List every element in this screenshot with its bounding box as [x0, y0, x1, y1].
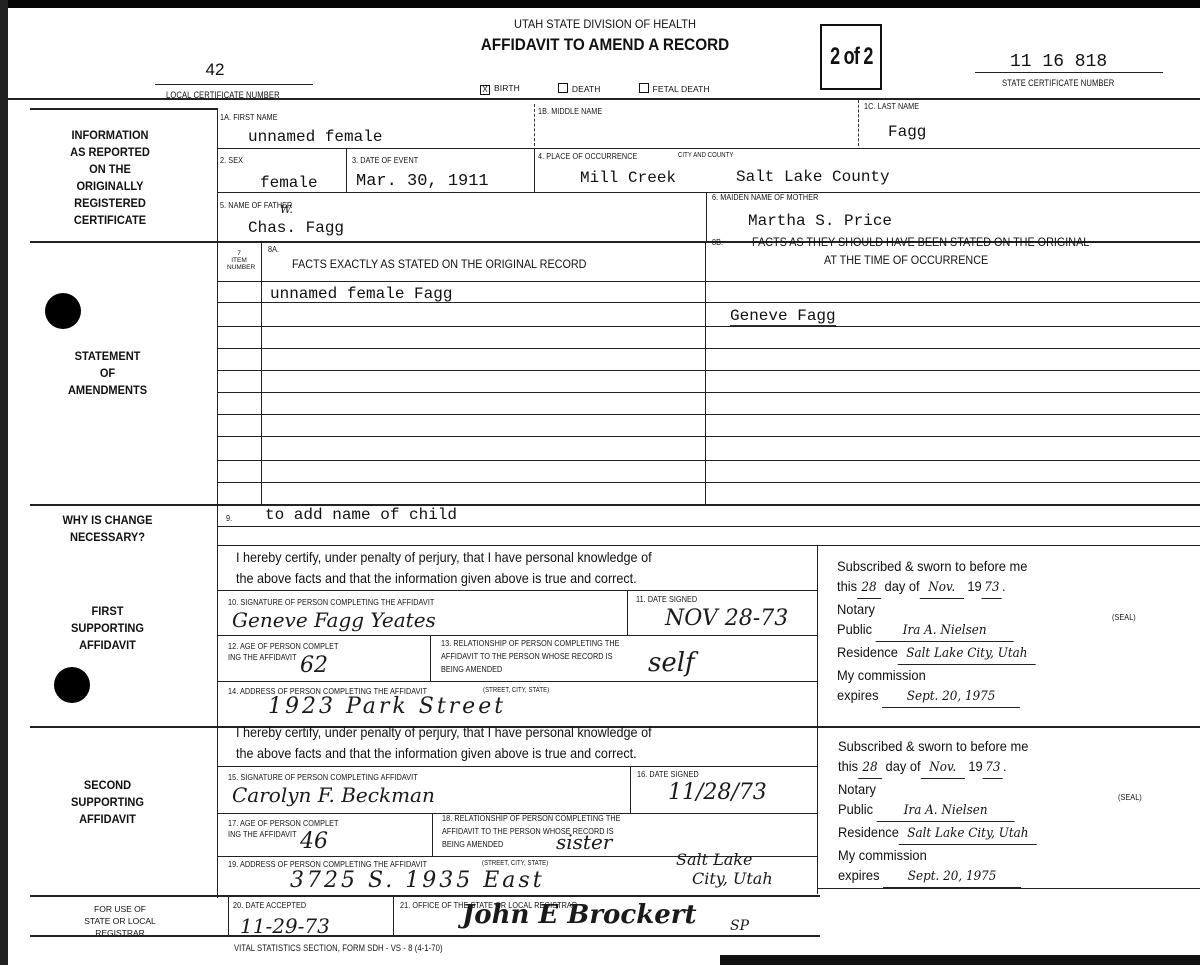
checkbox-icon[interactable]	[558, 83, 568, 93]
scan-edge-bottom	[720, 955, 1200, 965]
middle-name-label: 1B. MIDDLE NAME	[538, 106, 602, 116]
amendment-row-1-original: unnamed female Fagg	[270, 285, 452, 303]
place-sublabel: CITY AND COUNTY	[678, 152, 733, 159]
sex-label: 2. SEX	[220, 155, 243, 165]
second-affidavit-city-line1: Salt Lake	[676, 850, 752, 869]
form-title: AFFIDAVIT TO AMEND A RECORD	[430, 35, 781, 55]
first-affidavit-relationship: self	[648, 648, 695, 678]
checkbox-icon[interactable]	[639, 83, 649, 93]
checkbox-checked-icon[interactable]: X	[480, 85, 490, 95]
form-id: VITAL STATISTICS SECTION, FORM SDH - VS …	[234, 943, 443, 953]
section-label-original-info: INFORMATION AS REPORTED ON THE ORIGINALL…	[36, 127, 183, 229]
state-cert-number: 11 16 818	[1010, 52, 1107, 72]
second-affidavit-city-line2: City, Utah	[692, 869, 773, 888]
reason-value: to add name of child	[265, 506, 457, 524]
second-affidavit-age: 46	[300, 829, 328, 854]
section-label-first-affidavit: FIRST SUPPORTING AFFIDAVIT	[36, 603, 179, 654]
first-affidavit-signature: Geneve Fagg Yeates	[232, 608, 436, 632]
section-label-reason: WHY IS CHANGE NECESSARY?	[36, 512, 179, 546]
first-affidavit-address: 1923 Park Street	[268, 694, 506, 719]
section-label-second-affidavit: SECOND SUPPORTING AFFIDAVIT	[36, 777, 179, 828]
second-affidavit-date: 11/28/73	[668, 780, 767, 805]
father-annotation: W.	[280, 203, 293, 216]
amendment-row-2-corrected: Geneve Fagg	[730, 307, 836, 326]
date-of-event-label: 3. DATE OF EVENT	[352, 155, 418, 165]
registrar-suffix: SP	[730, 918, 749, 934]
second-affidavit-relationship: sister	[556, 830, 612, 854]
record-type-death[interactable]: DEATH	[558, 83, 601, 95]
registrar-signature: John E Brockert	[462, 900, 696, 930]
second-affidavit-address: 3725 S. 1935 East	[290, 868, 545, 893]
seal-label: (SEAL)	[1112, 612, 1136, 622]
local-cert-number: 42	[160, 60, 270, 80]
place-city: Mill Creek	[580, 169, 676, 187]
first-name-value: unnamed female	[248, 128, 382, 146]
agency-name: UTAH STATE DIVISION OF HEALTH	[453, 17, 757, 31]
page-indicator: 2 of 2	[830, 43, 873, 71]
last-name-value: Fagg	[888, 123, 926, 141]
first-notary-block: Subscribed & sworn to before me this28 d…	[837, 556, 1036, 708]
punch-hole	[45, 293, 81, 329]
section-label-registrar: FOR USE OF STATE OR LOCAL REGISTRAR	[30, 903, 210, 939]
date-of-event-value: Mar. 30, 1911	[356, 172, 489, 191]
col-corrected-header-1: FACTS AS THEY SHOULD HAVE BEEN STATED ON…	[752, 235, 1089, 249]
father-value: Chas. Fagg	[248, 219, 344, 237]
mother-label: 6. MAIDEN NAME OF MOTHER	[712, 192, 818, 202]
first-name-label: 1A. FIRST NAME	[220, 112, 278, 122]
mother-value: Martha S. Price	[748, 212, 892, 230]
seal-label: (SEAL)	[1118, 792, 1142, 802]
signature-label: 10. SIGNATURE OF PERSON COMPLETING THE A…	[228, 597, 434, 607]
record-type-group: XBIRTH DEATH FETAL DEATH	[480, 83, 710, 95]
place-county: Salt Lake County	[736, 168, 890, 186]
state-cert-label: STATE CERTIFICATE NUMBER	[1002, 78, 1114, 88]
record-type-birth[interactable]: XBIRTH	[480, 83, 520, 95]
last-name-label: 1C. LAST NAME	[864, 101, 919, 111]
sex-value: female	[260, 174, 318, 192]
section-label-amendments: STATEMENT OF AMENDMENTS	[36, 348, 179, 399]
scan-edge-top	[0, 0, 1200, 8]
first-affidavit-age: 62	[300, 653, 328, 678]
first-affidavit-date: NOV 28-73	[665, 606, 788, 631]
punch-hole	[54, 667, 90, 703]
page-indicator-box: 2 of 2	[820, 24, 882, 90]
second-notary-block: Subscribed & sworn to before me this28 d…	[838, 736, 1037, 888]
col-corrected-header-2: AT THE TIME OF OCCURRENCE	[824, 253, 988, 267]
scan-edge-left	[0, 0, 8, 965]
second-affidavit-signature: Carolyn F. Beckman	[232, 783, 435, 807]
place-label: 4. PLACE OF OCCURRENCE	[538, 151, 637, 161]
col-original-header: FACTS EXACTLY AS STATED ON THE ORIGINAL …	[292, 257, 586, 271]
item-number-header: 7 ITEM NUMBER	[222, 250, 256, 271]
record-type-fetal-death[interactable]: FETAL DEATH	[639, 83, 710, 95]
